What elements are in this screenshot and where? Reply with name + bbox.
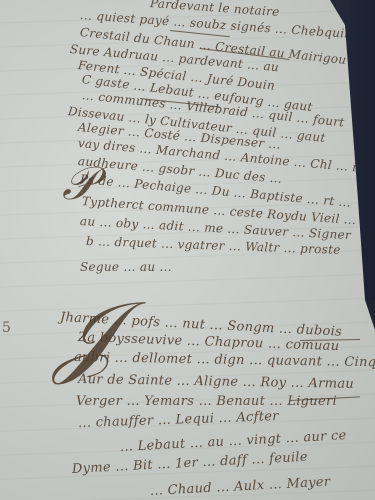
manuscript-page: Pardevant le notaire ... quiest payé ...… xyxy=(0,0,375,500)
margin-note: 5 xyxy=(2,320,11,336)
text-line: ... Lebaut ... au ... vingt ... aur ce xyxy=(120,428,347,455)
text-line: ... chauffer ... Lequi ... Acfter xyxy=(78,409,279,431)
text-line: Aur de Sainte ... Aligne ... Roy ... Arm… xyxy=(78,372,354,392)
text-line: ... Chaud ... Aulx ... Mayer xyxy=(150,475,331,499)
text-line: Segue ... au ... xyxy=(80,260,172,274)
text-line: Dyme ... Bit ... 1er ... daff ... feuile xyxy=(72,450,309,477)
decorative-initial: 𝒫 xyxy=(62,160,95,206)
decorative-initial: 𝒥 xyxy=(55,290,117,380)
text-line: Verger ... Yemars ... Benaut ... Ligueri xyxy=(76,394,337,409)
